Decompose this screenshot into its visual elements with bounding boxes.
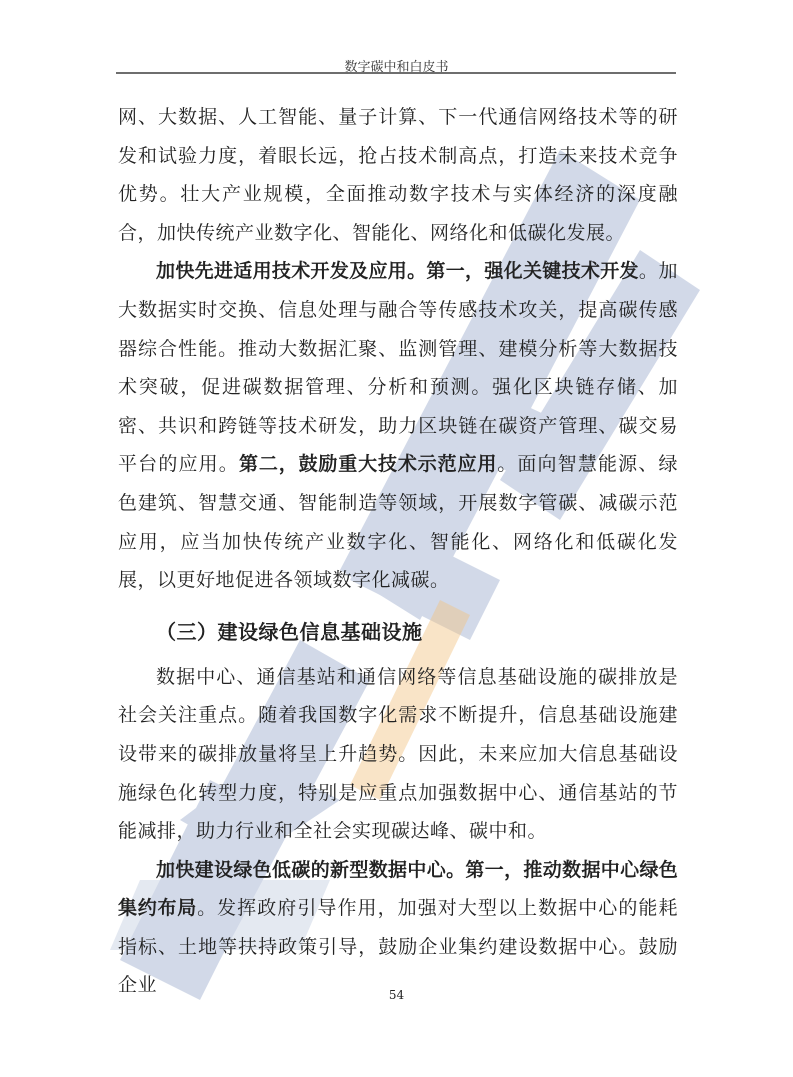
- header-divider: [116, 72, 676, 74]
- paragraph-4-text: 。发挥政府引导作用，加强对大型以上数据中心的能耗指标、土地等扶持政策引导，鼓励企…: [118, 897, 678, 996]
- paragraph-3: 数据中心、通信基站和通信网络等信息基础设施的碳排放是社会关注重点。随着我国数字化…: [118, 658, 678, 851]
- page-number: 54: [0, 988, 793, 1002]
- section-heading: （三）建设绿色信息基础设施: [118, 614, 678, 650]
- paragraph-2-text: 。加大数据实时交换、信息处理与融合等传感技术攻关，提高碳传感器综合性能。推动大数…: [118, 260, 678, 475]
- paragraph-2-bold-second: 第二，鼓励重大技术示范应用: [239, 453, 497, 475]
- document-body: 网、大数据、人工智能、量子计算、下一代通信网络技术等的研发和试验力度，着眼长远，…: [118, 98, 678, 1005]
- paragraph-1: 网、大数据、人工智能、量子计算、下一代通信网络技术等的研发和试验力度，着眼长远，…: [118, 98, 678, 252]
- paragraph-2-bold-lead: 加快先进适用技术开发及应用。第一，强化关键技术开发: [156, 260, 639, 282]
- paragraph-2: 加快先进适用技术开发及应用。第一，强化关键技术开发。加大数据实时交换、信息处理与…: [118, 252, 678, 599]
- paragraph-4: 加快建设绿色低碳的新型数据中心。第一，推动数据中心绿色集约布局。发挥政府引导作用…: [118, 851, 678, 1005]
